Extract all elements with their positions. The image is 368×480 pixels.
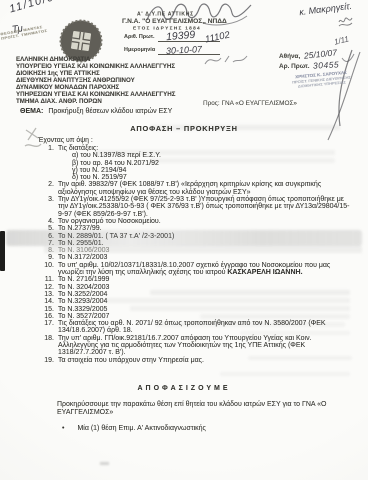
list-item: 11. Το Ν. 2716/1999 xyxy=(40,276,351,283)
list-item-text: β) του αρ. 84 του Ν.2071/92 xyxy=(58,160,351,167)
list-item: 17. Τις διατάξεις του αρθ. Ν. 2071/ 92 ό… xyxy=(40,320,351,335)
list-item-text: α) του Ν.1397/83 περί Ε.Σ.Υ. xyxy=(58,152,351,159)
list-item-number: 11. xyxy=(40,276,54,283)
subject-label: ΘΕΜΑ: xyxy=(20,108,43,115)
list-item-number: 1. xyxy=(40,145,54,152)
highlighter-band-faint xyxy=(44,246,362,253)
list-item: 14. Το Ν.3293/2004 xyxy=(40,298,351,305)
decision-preamble: Έχοντας υπ όψη : xyxy=(38,137,93,144)
bleed-through-mark xyxy=(220,372,350,376)
handwritten-date-top-left: 11/10/07 xyxy=(8,0,63,16)
list-item-text: Το υπ' αριθμ. 10/02/10371/18331/8.10.200… xyxy=(58,262,351,277)
list-item: 9. Το Ν.3172/2003 xyxy=(40,254,351,261)
resolution-title: ΑΠΟΦΑΣΙΖΟΥΜΕ xyxy=(0,385,368,392)
list-item-number: 12. xyxy=(40,284,54,291)
ministry-letterhead: ΕΛΛΗΝΙΚΗ ΔΗΜΟΚΡΑΤΙΑΥΠΟΥΡΓΕΙΟ ΥΓΕΙΑΣ ΚΑΙ … xyxy=(16,56,216,105)
ministry-line: ΔΙΟΙΚΗΣΗ 1ης ΥΠΕ ΑΤΤΙΚΗΣ xyxy=(16,70,216,77)
handwritten-stamp-date: 30-10-07 xyxy=(166,44,203,56)
list-item-text: Τα στοιχεία που υπάρχουν στην Υπηρεσία μ… xyxy=(58,357,351,364)
list-item-number: 17. xyxy=(40,320,54,335)
position-bullet-row: • Μία (1) θέση Επιμ. Α' Ακτινοδιαγνωστικ… xyxy=(62,425,206,432)
ministry-line: ΤΜΗΜΑ ΔΙΑΧ. ΑΝΘΡ. ΠΟΡΩΝ xyxy=(16,98,216,105)
recipient-value: ΓΝΑ «Ο ΕΥΑΓΓΕΛΙΣΜΟΣ» xyxy=(221,100,297,107)
list-item-text: Τις διατάξεις του αρθ. Ν. 2071/ 92 όπως … xyxy=(58,320,351,335)
list-item-number: 10. xyxy=(40,262,54,277)
list-item-number: 15. xyxy=(40,306,54,313)
list-item-number: 18. xyxy=(40,335,54,357)
list-item: α) του Ν.1397/83 περί Ε.Σ.Υ. xyxy=(40,152,351,159)
list-item-text: Την υπ' αριθμ. ΓΠ/οικ.92181/16.7.2007 απ… xyxy=(58,335,351,357)
list-item-number xyxy=(40,167,54,174)
list-item: 19. Τα στοιχεία που υπάρχουν στην Υπηρεσ… xyxy=(40,357,351,364)
list-item-number xyxy=(40,152,54,159)
list-item-text: Την ΔΥ1γ/οικ.41255/92 (ΦΕΚ 97/25-2-93 τ.… xyxy=(58,196,351,218)
bullet-marker: • xyxy=(62,425,64,432)
ministry-line: ΕΛΛΗΝΙΚΗ ΔΗΜΟΚΡΑΤΙΑ xyxy=(16,56,216,63)
list-item-text: Την αριθ. 39832/97 (ΦΕΚ 1088/97 τ.Β') «Ι… xyxy=(58,181,351,196)
subject-line: ΘΕΜΑ:Προκήρυξη θέσεων κλάδου ιατρών ΕΣΥ xyxy=(20,108,172,115)
list-item: 2. Την αριθ. 39832/97 (ΦΕΚ 1088/97 τ.Β')… xyxy=(40,181,351,196)
list-item: 18. Την υπ' αριθμ. ΓΠ/οικ.92181/16.7.200… xyxy=(40,335,351,357)
scan-smudge xyxy=(100,462,109,465)
subject-text: Προκήρυξη θέσεων κλάδου ιατρών ΕΣΥ xyxy=(48,108,172,115)
highlighter-band xyxy=(6,230,362,246)
scanned-document-page: 11/10/07 Τμ ΘΕΟΔΩΡ. ΜΑΝΤΑΣ ΠΡΟΪΣΤ. ΤΜΗΜΑ… xyxy=(0,0,368,480)
list-item: 15. Το Ν.3329/2005 xyxy=(40,306,351,313)
list-item-number: 3. xyxy=(40,196,54,218)
list-item-bold-text: ΚΑΣΚΑΡΕΛΗ ΙΩΑΝΝΗ. xyxy=(227,269,302,276)
ministry-line: ΔΥΝΑΜΙΚΟΥ ΜΟΝΑΔΩΝ ΠΑΡΟΧΗΣ xyxy=(16,84,216,91)
list-item-number: 9. xyxy=(40,254,54,261)
list-item-text: Το Ν.3172/2003 xyxy=(58,254,351,261)
protocol-label: Αρ. Πρωτ. xyxy=(279,63,310,70)
list-item: 3. Την ΔΥ1γ/οικ.41255/92 (ΦΕΚ 97/25-2-93… xyxy=(40,196,351,218)
position-bullet-text: Μία (1) θέση Επιμ. Α' Ακτινοδιαγνωστικής xyxy=(77,425,205,432)
ministry-line: ΔΙΕΥΘΥΝΣΗ ΑΝΑΠΤΥΞΗΣ ΑΝΘΡΩΠΙΝΟΥ xyxy=(16,77,216,84)
list-item-number: 14. xyxy=(40,298,54,305)
edge-ink-mark xyxy=(0,231,5,271)
decision-title: ΑΠΟΦΑΣΗ – ΠΡΟΚΗΡΥΞΗ xyxy=(0,124,368,133)
recipient-line: Προς: ΓΝΑ «Ο ΕΥΑΓΓΕΛΙΣΜΟΣ» xyxy=(203,100,297,107)
list-item-text: Το Ν.3293/2004 xyxy=(58,298,351,305)
list-item-text: Το Ν.3329/2005 xyxy=(58,306,351,313)
ministry-line: ΥΠΗΡΕΣΙΩΝ ΥΓΕΙΑΣ ΚΑΙ ΚΟΙΝΩΝΙΚΗΣ ΑΛΛΗΛΕΓΓ… xyxy=(16,91,216,98)
resolution-paragraph: Προκηρύσσουμε την παρακάτω θέση επί θητε… xyxy=(57,401,350,417)
list-item-number: 19. xyxy=(40,357,54,364)
stamp-protocol-label: Αριθ. Πρωτ. xyxy=(124,34,155,39)
list-item-text: Το Ν. 3204/2003 xyxy=(58,284,351,291)
list-item: β) του αρ. 84 του Ν.2071/92 xyxy=(40,160,351,167)
small-scribble-icon xyxy=(337,15,353,29)
ministry-line: ΥΠΟΥΡΓΕΙΟ ΥΓΕΙΑΣ ΚΑΙ ΚΟΙΝΩΝΙΚΗΣ ΑΛΛΗΛΕΓΓ… xyxy=(16,63,216,70)
list-item-number: 2. xyxy=(40,181,54,196)
list-item-number xyxy=(40,160,54,167)
handwritten-protocol-number: 19399 xyxy=(166,29,196,43)
legal-basis-list: 1. Τις διατάξεις: α) του Ν.1397/83 περί … xyxy=(40,145,351,364)
list-item-text: Το Ν. 2716/1999 xyxy=(58,276,351,283)
city-label: Αθήνα, xyxy=(279,53,300,60)
stamp-date-label: Ημερομηνία xyxy=(124,47,155,52)
list-item: 12. Το Ν. 3204/2003 xyxy=(40,284,351,291)
handwritten-fraction: 1/11 xyxy=(333,34,350,46)
recipient-label: Προς: xyxy=(203,100,220,107)
list-item: 10. Το υπ' αριθμ. 10/02/10371/18331/8.10… xyxy=(40,262,351,277)
signature-scribble-icon xyxy=(145,0,255,26)
